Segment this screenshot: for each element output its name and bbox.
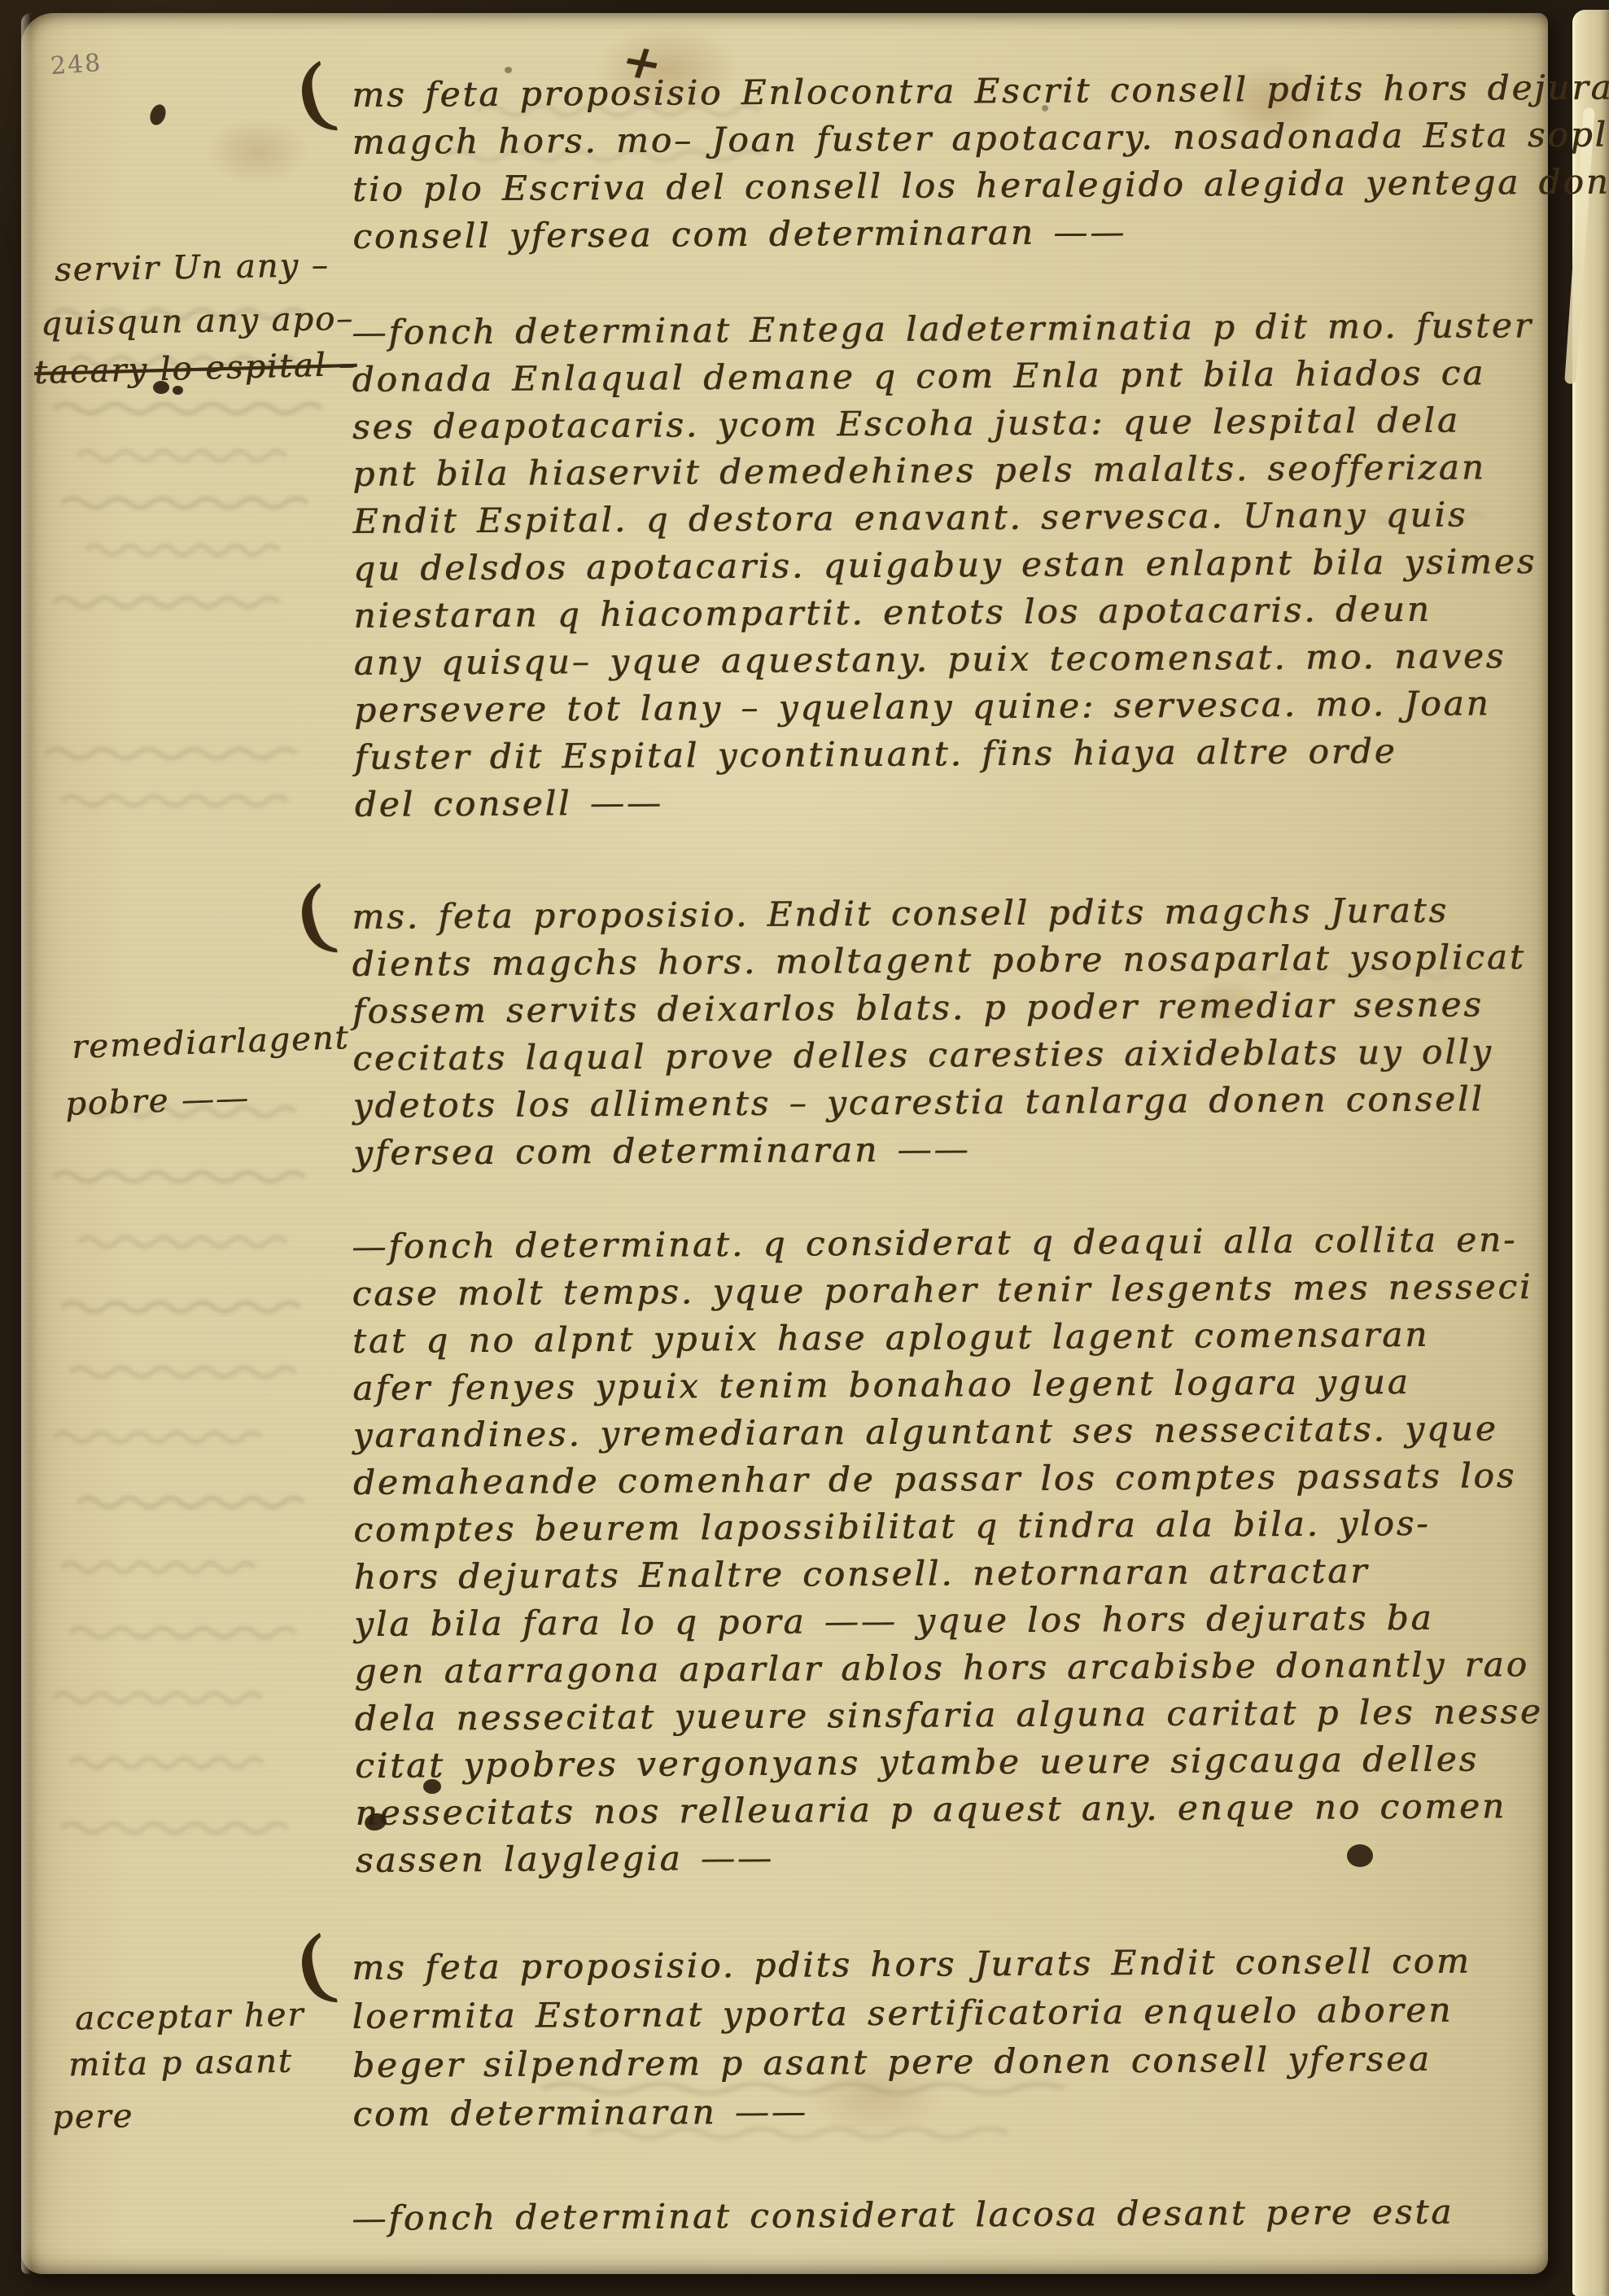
text-line: Endit Espital. q destora enavant. serves… bbox=[352, 491, 1537, 545]
next-page-edge bbox=[1572, 10, 1609, 2296]
manuscript-page: 248 + servir Un any – quisqun any apo– t… bbox=[21, 13, 1548, 2274]
text-line: niestaran q hiacompartit. entots los apo… bbox=[353, 585, 1537, 640]
text-line: yla bila fara lo q pora —— yque los hors… bbox=[354, 1594, 1542, 1648]
text-line: persevere tot lany – yquelany quine: ser… bbox=[354, 680, 1538, 734]
text-line: hors dejurats Enaltre consell. netornara… bbox=[353, 1546, 1541, 1601]
ink-blot bbox=[153, 381, 169, 394]
text-line: dela nessecitat yueure sinsfaria alguna … bbox=[355, 1688, 1543, 1743]
margin-note-line: pere bbox=[52, 2097, 134, 2136]
margin-note-line: acceptar her bbox=[75, 1996, 305, 2038]
entry-proposal-apothecary: ( ms feta proposisio Enlocontra Escrit c… bbox=[352, 63, 1609, 260]
ink-blot bbox=[1347, 1844, 1373, 1867]
text-line: ms feta proposisio. pdits hors Jurats En… bbox=[352, 1937, 1471, 1992]
text-line: beger silpendrem p asant pere donen cons… bbox=[352, 2035, 1472, 2090]
margin-note-line: servir Un any – bbox=[55, 247, 330, 289]
text-line: tat q no alpnt ypuix hase aplogut lagent… bbox=[352, 1310, 1541, 1365]
text-line: ms feta proposisio Enlocontra Escrit con… bbox=[352, 63, 1609, 119]
text-line: magch hors. mo– Joan fuster apotacary. n… bbox=[352, 110, 1609, 166]
entry-resolution-hermit: —fonch determinat considerat lacosa desa… bbox=[352, 2189, 1454, 2242]
text-line: —fonch determinat. q considerat q deaqui… bbox=[352, 1216, 1540, 1270]
text-line: com determinaran —— bbox=[352, 2084, 1472, 2139]
text-line: loermita Estornat yporta sertificatoria … bbox=[352, 1986, 1471, 2041]
margin-note-line: pobre —— bbox=[64, 1079, 250, 1123]
ink-blot bbox=[147, 103, 168, 128]
folio-number: 248 bbox=[50, 49, 103, 81]
entry-proposal-poor-relief: ( ms. feta proposisio. Endit consell pdi… bbox=[352, 886, 1527, 1177]
text-line: yfersea com determinaran —— bbox=[353, 1122, 1527, 1177]
entry-resolution-apothecary: —fonch determinat Entega ladeterminatia … bbox=[352, 302, 1538, 829]
text-line: yarandines. yremediaran alguntant ses ne… bbox=[352, 1405, 1541, 1459]
manuscript-photo: 248 + servir Un any – quisqun any apo– t… bbox=[0, 0, 1609, 2296]
stain-speck bbox=[505, 67, 512, 73]
text-line: any quisqu– yque aquestany. puix tecomen… bbox=[353, 632, 1537, 687]
ink-blot bbox=[423, 1779, 441, 1794]
entry-resolution-poor-relief: —fonch determinat. q considerat q deaqui… bbox=[352, 1216, 1544, 1884]
text-line: tio plo Escriva del consell los heralegi… bbox=[352, 157, 1609, 213]
ink-blot bbox=[173, 386, 183, 395]
text-line: cecitats laqual prove delles caresties a… bbox=[352, 1028, 1526, 1082]
text-line: gen atarragona aparlar ablos hors arcabi… bbox=[354, 1641, 1542, 1695]
text-line: —fonch determinat considerat lacosa desa… bbox=[352, 2189, 1454, 2242]
text-line: donada Enlaqual demane q com Enla pnt bi… bbox=[352, 349, 1536, 404]
text-line: consell yfersea com determinaran —— bbox=[352, 204, 1609, 260]
text-line: demaheande comenhar de passar los compte… bbox=[353, 1452, 1541, 1507]
text-line: case molt temps. yque poraher tenir lesg… bbox=[352, 1263, 1540, 1318]
paraph-flourish: ( bbox=[286, 55, 347, 137]
text-line: citat ypobres vergonyans ytambe ueure si… bbox=[355, 1735, 1543, 1790]
margin-note-line-struck: tacary lo espital – bbox=[33, 346, 356, 391]
entry-proposal-hermit: ( ms feta proposisio. pdits hors Jurats … bbox=[352, 1937, 1472, 2139]
text-line: afer fenyes ypuix tenim bonahao legent l… bbox=[352, 1358, 1541, 1412]
text-line: qu delsdos apotacaris. quigabuy estan en… bbox=[353, 538, 1537, 593]
margin-note-line: quisqun any apo– bbox=[41, 300, 355, 343]
text-line: del consell —— bbox=[355, 774, 1539, 829]
margin-note-line: mita p asant bbox=[68, 2043, 294, 2084]
text-line: pnt bila hiaservit demedehines pels mala… bbox=[352, 444, 1537, 498]
text-line: —fonch determinat Entega ladeterminatia … bbox=[352, 302, 1536, 356]
stain-speck bbox=[1042, 105, 1048, 112]
text-line: fuster dit Espital ycontinuant. fins hia… bbox=[354, 727, 1538, 781]
text-line: comptes beurem lapossibilitat q tindra a… bbox=[353, 1499, 1541, 1554]
text-line: ms. feta proposisio. Endit consell pdits… bbox=[352, 886, 1525, 941]
text-line: ses deapotacaris. ycom Escoha justa: que… bbox=[352, 396, 1537, 451]
text-line: nessecitats nos relleuaria p aquest any.… bbox=[355, 1782, 1543, 1837]
text-line: dients magchs hors. moltagent pobre nosa… bbox=[352, 934, 1525, 988]
text-line: ydetots los alliments – ycarestia tanlar… bbox=[352, 1075, 1526, 1130]
paraph-flourish: ( bbox=[286, 877, 347, 959]
text-line: fossem servits deixarlos blats. p poder … bbox=[352, 981, 1526, 1035]
margin-note-line: remediarlagent bbox=[71, 1019, 350, 1066]
